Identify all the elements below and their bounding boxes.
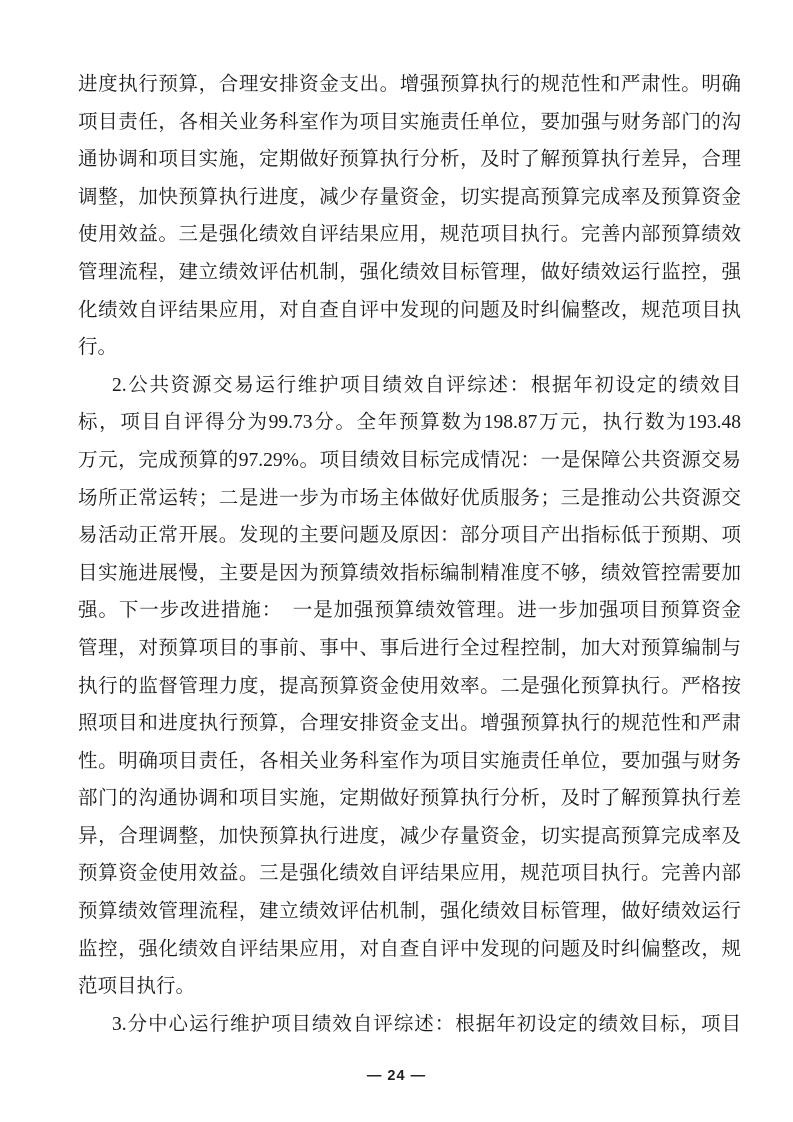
text-line: 化绩效自评结果应用，对自查自评中发现的问题及时纠偏整改，规范项目执 [78, 292, 741, 330]
text-line: 异，合理调整，加快预算执行进度，减少存量资金，切实提高预算完成率及 [78, 818, 741, 856]
text-line: 管理流程，建立绩效评估机制，强化绩效目标管理，做好绩效运行监控，强 [78, 254, 741, 292]
text-line: 标，项目自评得分为99.73分。全年预算数为198.87万元，执行数为193.4… [78, 404, 741, 442]
document-page: 进度执行预算，合理安排资金支出。增强预算执行的规范性和严肃性。明确项目责任，各相… [0, 0, 793, 1122]
text-line: 易活动正常开展。发现的主要问题及原因：部分项目产出指标低于预期、项 [78, 517, 741, 555]
text-line: 照项目和进度执行预算，合理安排资金支出。增强预算执行的规范性和严肃 [78, 705, 741, 743]
text-line: 管理，对预算项目的事前、事中、事后进行全过程控制，加大对预算编制与 [78, 630, 741, 668]
text-line: 执行的监督管理力度，提高预算资金使用效率。二是强化预算执行。严格按 [78, 668, 741, 706]
text-line: 3.分中心运行维护项目绩效自评综述：根据年初设定的绩效目标，项目 [78, 1006, 741, 1044]
text-line: 部门的沟通协调和项目实施，定期做好预算执行分析，及时了解预算执行差 [78, 780, 741, 818]
text-line: 使用效益。三是强化绩效自评结果应用，规范项目执行。完善内部预算绩效 [78, 216, 741, 254]
text-line: 强。下一步改进措施： 一是加强预算绩效管理。进一步加强项目预算资金 [78, 592, 741, 630]
text-line: 性。明确项目责任，各相关业务科室作为项目实施责任单位，要加强与财务 [78, 743, 741, 781]
text-line: 范项目执行。 [78, 968, 741, 1006]
text-line: 通协调和项目实施，定期做好预算执行分析，及时了解预算执行差异，合理 [78, 141, 741, 179]
text-block: 进度执行预算，合理安排资金支出。增强预算执行的规范性和严肃性。明确项目责任，各相… [78, 66, 741, 1043]
text-line: 进度执行预算，合理安排资金支出。增强预算执行的规范性和严肃性。明确 [78, 66, 741, 104]
text-line: 预算绩效管理流程，建立绩效评估机制，强化绩效目标管理，做好绩效运行 [78, 893, 741, 931]
text-line: 场所正常运转；二是进一步为市场主体做好优质服务；三是推动公共资源交 [78, 480, 741, 518]
text-line: 监控，强化绩效自评结果应用，对自查自评中发现的问题及时纠偏整改，规 [78, 931, 741, 969]
text-line: 目实施进展慢，主要是因为预算绩效指标编制精准度不够，绩效管控需要加 [78, 555, 741, 593]
text-line: 项目责任，各相关业务科室作为项目实施责任单位，要加强与财务部门的沟 [78, 104, 741, 142]
text-line: 万元，完成预算的97.29%。项目绩效目标完成情况：一是保障公共资源交易 [78, 442, 741, 480]
text-line: 行。 [78, 329, 741, 367]
text-line: 2.公共资源交易运行维护项目绩效自评综述：根据年初设定的绩效目 [78, 367, 741, 405]
page-number: — 24 — [0, 1068, 793, 1084]
text-line: 调整，加快预算执行进度，减少存量资金，切实提高预算完成率及预算资金 [78, 179, 741, 217]
text-line: 预算资金使用效益。三是强化绩效自评结果应用，规范项目执行。完善内部 [78, 855, 741, 893]
